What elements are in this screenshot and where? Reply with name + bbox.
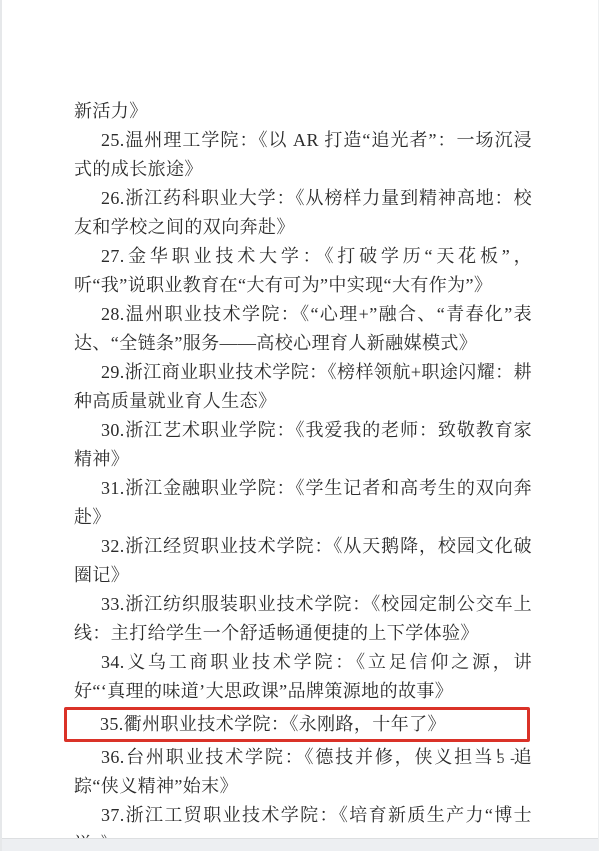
item-number: 27. — [101, 246, 125, 266]
item-number: 34. — [101, 652, 125, 672]
list-item-33: 33.浙江纺织服装职业技术学院：《校园定制公交车上线：主打给学生一个舒适畅通便捷… — [74, 590, 532, 648]
list-item-28: 28.温州职业技术学院：《“心理+”融合、“青春化”表达、“全链条”服务——高校… — [74, 300, 532, 358]
list-item-31: 31.浙江金融职业学院：《学生记者和高考生的双向奔赴》 — [74, 474, 532, 532]
list-item-26: 26.浙江药科职业大学：《从榜样力量到精神高地：校友和学校之间的双向奔赴》 — [74, 184, 532, 242]
item-number: 32. — [101, 536, 125, 556]
item-number: 30. — [101, 420, 125, 440]
item-number: 37. — [101, 805, 125, 825]
item-school: 义乌工商职业技术学院： — [125, 652, 356, 672]
list-item-27: 27.金华职业技术大学：《打破学历“天花板”，听“我”说职业教育在“大有可为”中… — [74, 242, 532, 300]
carryover-line: 新活力》 — [74, 97, 532, 126]
item-school: 温州理工学院： — [125, 130, 259, 150]
list-item-29: 29.浙江商业职业技术学院：《榜样领航+职途闪耀：耕种高质量就业育人生态》 — [74, 358, 532, 416]
item-school: 浙江商业职业技术学院： — [125, 362, 328, 382]
item-school: 金华职业技术大学： — [125, 246, 325, 266]
item-number: 28. — [101, 304, 125, 324]
item-school: 浙江金融职业学院： — [125, 478, 296, 498]
item-school: 台州职业技术学院： — [125, 747, 305, 767]
highlight-box: 35.衢州职业技术学院：《永刚路，十年了》 — [64, 707, 530, 742]
list-item-34: 34.义乌工商职业技术学院：《立足信仰之源，讲好“‘真理的味道’大思政课”品牌策… — [74, 648, 532, 706]
list-item-30: 30.浙江艺术职业学院：《我爱我的老师：致敬教育家精神》 — [74, 416, 532, 474]
item-number: 35. — [100, 714, 124, 734]
item-number: 31. — [101, 478, 125, 498]
item-number: 26. — [101, 188, 125, 208]
document-body: 新活力》 25.温州理工学院：《以 AR 打造“追光者”：一场沉浸式的成长旅途》… — [74, 97, 532, 851]
page-number: - 5 - — [487, 751, 516, 768]
list-item-25: 25.温州理工学院：《以 AR 打造“追光者”：一场沉浸式的成长旅途》 — [74, 126, 532, 184]
item-number: 25. — [101, 130, 125, 150]
item-number: 33. — [101, 594, 125, 614]
item-title: 《永刚路，十年了》 — [289, 714, 446, 734]
item-school: 浙江药科职业大学： — [125, 188, 296, 208]
item-school: 浙江纺织服装职业技术学院： — [125, 594, 372, 614]
list-item-32: 32.浙江经贸职业技术学院：《从天鹅降，校园文化破圈记》 — [74, 532, 532, 590]
item-school: 浙江经贸职业技术学院： — [125, 536, 334, 556]
list-item-35-highlighted: 35.衢州职业技术学院：《永刚路，十年了》 — [73, 710, 521, 739]
page-bottom-edge — [2, 838, 598, 851]
item-school: 浙江工贸职业技术学院： — [125, 805, 339, 825]
item-number: 29. — [101, 362, 125, 382]
item-school: 衢州职业技术学院： — [124, 714, 290, 734]
list-item-36: 36.台州职业技术学院：《德技并修，侠义担当！追踪“侠义精神”始末》 — [74, 743, 532, 801]
item-school: 浙江艺术职业学院： — [125, 420, 296, 440]
item-number: 36. — [101, 747, 125, 767]
document-page: 新活力》 25.温州理工学院：《以 AR 打造“追光者”：一场沉浸式的成长旅途》… — [0, 0, 599, 851]
item-school: 温州职业技术学院： — [125, 304, 300, 324]
